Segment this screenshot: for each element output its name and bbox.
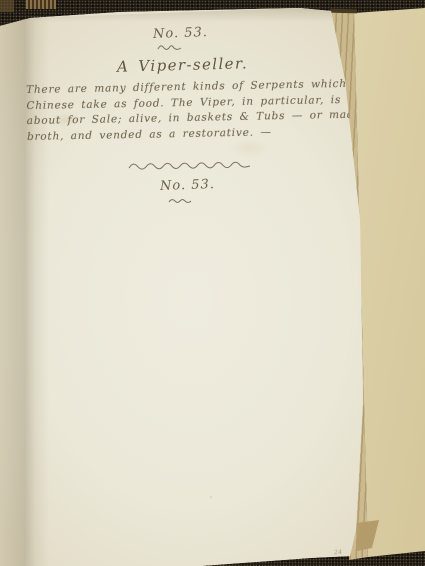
book-photograph: No. 53. A Viper-seller. There are many d… [0, 0, 425, 566]
corner-pencil-mark: 24 [334, 549, 343, 556]
book-headband [26, 0, 56, 9]
book-spine-edge [0, 0, 14, 12]
manuscript-paragraph: There are many different kinds of Serpen… [26, 76, 372, 145]
wavy-divider [128, 158, 254, 172]
flourish-under-heading [157, 44, 183, 52]
entry-title: A Viper-seller. [117, 54, 248, 75]
entry-number-heading: No. 53. [153, 25, 208, 42]
entry-number-footer: No. 53. [160, 177, 215, 194]
flourish-under-footer [168, 198, 192, 206]
page-gap-shadow [330, 9, 357, 14]
